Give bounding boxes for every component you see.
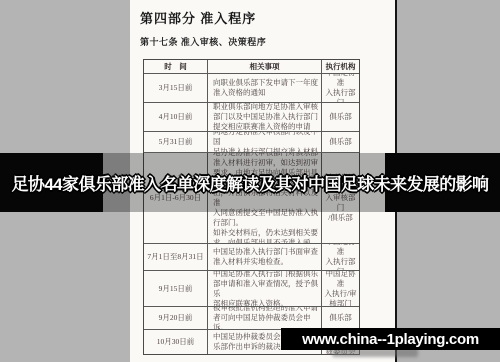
table-row: 4月10日前 职业俱乐部向地方足协准入审核 部门以及中国足协准入执行部门 提交相… <box>144 103 359 132</box>
matter-cell: 向地方足协准入审核部门以及中国 足协准入执行部门提交准入材料 <box>208 132 322 152</box>
agency-cell: 俱乐部 <box>322 103 359 131</box>
matter-cell: 被审核批准机构拒绝的准入申请 者可向中国足协仲裁委员会申诉。 <box>208 307 322 329</box>
time-cell: 7月1日至8月31日 <box>144 244 208 270</box>
agency-cell: 俱乐部 <box>322 132 359 152</box>
agency-cell: 中国足协准 入执行部门 <box>322 244 359 270</box>
table-row: 5月31日前 向地方足协准入审核部门以及中国 足协准入执行部门提交准入材料 俱乐… <box>144 132 359 153</box>
table-row: 7月1日至8月31日 中国足协准入执行部门书面审查 准入材料并实地检查。 中国足… <box>144 244 359 271</box>
table-row: 3月15日前 向职业俱乐部下发申请下一年度 准入资格的通知 中国足协准 入执行部… <box>144 74 359 103</box>
header-agency: 执行机构 <box>322 60 359 73</box>
time-cell: 4月10日前 <box>144 103 208 131</box>
time-cell: 9月20日前 <box>144 307 208 329</box>
doc-title: 第四部分 准入程序 <box>140 8 256 27</box>
header-matter: 相关事项 <box>208 60 322 73</box>
time-cell: 5月31日前 <box>144 132 208 152</box>
table-header-row: 时 间 相关事项 执行机构 <box>144 60 359 74</box>
time-cell: 3月15日前 <box>144 74 208 102</box>
doc-subtitle: 第十七条 准入审核、决策程序 <box>140 35 266 48</box>
watermark-url: www.china--1playing.com <box>302 331 479 348</box>
agency-cell: 中国足协准 入执行/审 核部门 <box>322 271 359 306</box>
time-cell: 9月15日前 <box>144 271 208 306</box>
screenshot-stage: 第四部分 准入程序 第十七条 准入审核、决策程序 时 间 相关事项 执行机构 3… <box>0 0 500 362</box>
watermark-band: www.china--1playing.com <box>281 328 500 350</box>
matter-cell: 向职业俱乐部下发申请下一年度 准入资格的通知 <box>208 74 322 102</box>
table-row: 9月20日前 被审核批准机构拒绝的准入申请 者可向中国足协仲裁委员会申诉。 俱乐… <box>144 307 359 330</box>
matter-cell: 职业俱乐部向地方足协准入审核 部门以及中国足协准入执行部门 提交相应联赛准入资格… <box>208 103 322 131</box>
time-cell: 10月30日前 <box>144 330 208 354</box>
headline-banner: 足协44家俱乐部准入名单深度解读及其对中国足球未来发展的影响 <box>0 153 500 212</box>
header-time: 时 间 <box>144 60 208 73</box>
table-row: 9月15日前 中国足协准入执行部门根据俱乐 部申请和准入审查情况，授予俱乐 部相… <box>144 271 359 307</box>
matter-cell: 中国足协准入执行部门书面审查 准入材料并实地检查。 <box>208 244 322 270</box>
agency-cell: 中国足协准 入执行部门 <box>322 74 359 102</box>
matter-cell: 中国足协准入执行部门根据俱乐 部申请和准入审查情况，授予俱乐 部相应联赛准入资格… <box>208 271 322 306</box>
agency-cell: 俱乐部 <box>322 307 359 329</box>
